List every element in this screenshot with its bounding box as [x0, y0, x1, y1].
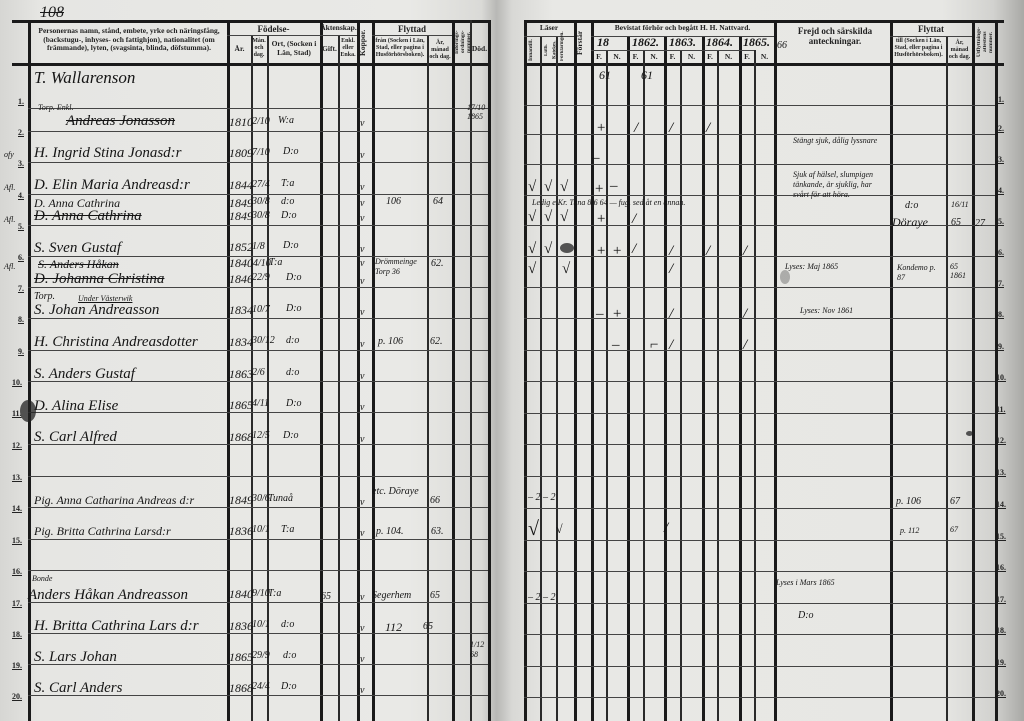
- moved-date: 66: [430, 495, 440, 506]
- death-date: 1/12 68: [470, 640, 488, 660]
- row-rule: [28, 570, 488, 571]
- year-col-header: 18: [597, 35, 609, 50]
- vaccinated-mark: v: [360, 244, 364, 255]
- conduct-note: Lyses i Mars 1865: [776, 578, 835, 587]
- row-rule: [524, 381, 995, 382]
- row-number: 3.: [998, 155, 1004, 164]
- dash-mark: –: [596, 306, 604, 323]
- birth-year: 1844: [229, 178, 253, 193]
- moved-to: Döraye: [892, 215, 928, 230]
- birth-md: 2/10: [252, 116, 270, 127]
- birth-md: 12/5: [252, 430, 270, 441]
- header-attendance: Bevistat förhör och begått H. H. Nattvar…: [591, 24, 774, 33]
- moved-date: 65: [423, 621, 433, 632]
- header-unmarried: Enkl. eller Enka.: [339, 38, 357, 59]
- row-number: 16.: [996, 563, 1006, 572]
- n-label: N.: [644, 53, 664, 62]
- birth-place: D:o: [286, 303, 302, 314]
- f-label: F.: [665, 53, 680, 62]
- header-birth-year: År.: [228, 45, 251, 54]
- tick-mark: /: [669, 243, 673, 260]
- death-date: 17/10 1865: [467, 103, 489, 121]
- birth-md: 24/4: [252, 681, 270, 692]
- vaccinated-mark: v: [360, 118, 364, 129]
- subheader-rule: [372, 35, 452, 36]
- vaccinated-mark: v: [360, 182, 364, 193]
- vaccinated-mark: v: [360, 434, 364, 445]
- birth-place: T:a: [281, 524, 294, 535]
- tick-mark: /: [669, 120, 673, 137]
- col-divider: [739, 36, 742, 721]
- row-number: 12.: [12, 441, 22, 450]
- moved-to: d:o: [905, 200, 918, 211]
- row-number: 5.: [998, 217, 1004, 226]
- moved-to: Kondemo p. 87: [897, 263, 945, 283]
- col-divider: [556, 36, 558, 721]
- header-moved-out-date: År, månad och dag.: [947, 40, 972, 61]
- row-number: 12.: [996, 436, 1006, 445]
- vaccinated-mark: v: [360, 623, 364, 634]
- check-mark: √: [556, 522, 563, 537]
- row-number: 7.: [18, 284, 24, 293]
- conduct-note: Sjuk af hälsel, slumpigen tänkande, är s…: [793, 170, 888, 200]
- birth-md: 2/6: [252, 367, 265, 378]
- row-rule: [524, 603, 995, 604]
- f-label: F.: [592, 53, 606, 62]
- header-birth-md: Mån. och dag.: [251, 38, 267, 59]
- plus-mark: +: [612, 306, 622, 323]
- header-death: Död.: [471, 45, 488, 54]
- moved-from: Segerhem: [372, 590, 411, 601]
- ink-blot: [966, 431, 973, 436]
- plus-mark: +: [612, 243, 622, 260]
- row-number: 6.: [18, 253, 24, 262]
- row-number: 5.: [18, 222, 24, 231]
- occupation-note: Torp. Enkl.: [38, 103, 74, 112]
- row-number: 13.: [12, 473, 22, 482]
- col-divider: [591, 20, 594, 721]
- moved-from: 106: [386, 196, 401, 207]
- check-mark: √: [560, 179, 568, 196]
- row-rule: [524, 508, 995, 509]
- row-number: 6.: [998, 248, 1004, 257]
- n-label: N.: [607, 53, 627, 62]
- person-name: H. Christina Andreasdotter: [34, 334, 198, 351]
- vaccinated-mark: v: [360, 276, 364, 287]
- vaccinated-mark: v: [360, 497, 364, 508]
- vaccinated-mark: v: [360, 150, 364, 161]
- row-rule: [524, 134, 995, 135]
- moved-from: 112: [385, 620, 402, 635]
- vaccinated-mark: v: [360, 339, 364, 350]
- vaccinated-mark: v: [360, 592, 364, 603]
- ink-blot: [560, 243, 574, 253]
- header-moved-date: År, månad och dag.: [428, 40, 452, 61]
- dash-mark: – 2 – 2: [528, 492, 556, 503]
- birth-place: d:o: [281, 619, 294, 630]
- occupation-note: Bonde: [32, 574, 52, 583]
- vaccinated-mark: v: [360, 371, 364, 382]
- household-heading: T. Wallarenson: [34, 68, 135, 88]
- col-divider: [470, 20, 472, 721]
- col-divider: [320, 20, 323, 721]
- header-birth-place: Ort, (Socken i Län, Stad): [268, 40, 320, 57]
- vaccinated-mark: v: [360, 213, 364, 224]
- birth-year: 1849: [229, 209, 253, 224]
- extra-year-mark: 66: [777, 40, 787, 51]
- conduct-note: Lyses: Maj 1865: [785, 262, 838, 271]
- row-rule: [524, 697, 995, 698]
- header-marital: Äktenskap.: [320, 24, 357, 33]
- moved-to: p. 106: [896, 496, 921, 507]
- tick-mark: /: [706, 120, 710, 137]
- subheader-rule: [320, 35, 357, 36]
- plus-mark: +: [596, 243, 606, 260]
- header-persons: Personernas namn, stånd, embete, yrke oc…: [34, 27, 224, 53]
- plus-mark: +: [594, 181, 604, 198]
- moved-date: 64: [433, 196, 443, 207]
- birth-md: 30/8: [252, 196, 270, 207]
- birth-place: Tunaå: [268, 493, 293, 504]
- row-number: 11.: [996, 405, 1006, 414]
- check-mark: √: [544, 179, 552, 196]
- birth-place: D:o: [286, 398, 302, 409]
- row-rule: [524, 666, 995, 667]
- row-rule: [524, 105, 995, 106]
- row-number: 17.: [996, 595, 1006, 604]
- person-name: D. Anna Cathrina: [34, 208, 142, 225]
- moved-date: 63.: [431, 526, 444, 537]
- person-name: S. Lars Johan: [34, 649, 117, 666]
- row-number: 16.: [12, 567, 22, 576]
- header-birth: Födelse-: [227, 24, 320, 34]
- birth-year: 1840: [229, 256, 253, 271]
- col-divider: [488, 20, 491, 721]
- margin-note: Afl.: [4, 183, 15, 192]
- header-moved-to: till (Socken i Län, Stad, eller pagina i…: [891, 38, 946, 59]
- person-name: S. Johan Andreasson: [34, 302, 159, 319]
- person-name: D. Elin Maria Andreasd:r: [34, 177, 190, 194]
- col-divider: [680, 50, 682, 721]
- col-divider: [774, 20, 777, 721]
- check-mark: √: [528, 241, 536, 258]
- year-col-header: 1864.: [706, 35, 733, 50]
- check-mark: √: [544, 241, 552, 258]
- check-mark: √: [560, 209, 568, 226]
- tick-mark: /: [743, 337, 747, 354]
- plus-mark: +: [596, 211, 606, 228]
- moved-date: 62.: [430, 336, 443, 347]
- col-divider: [702, 36, 705, 721]
- moved-from: etc. Döraye: [372, 486, 428, 497]
- n-label: N.: [755, 53, 774, 62]
- conduct-note: D:o: [798, 610, 814, 621]
- moved-date: 65: [430, 590, 440, 601]
- header-vaccinated: Koppor.: [359, 28, 371, 58]
- row-number: 13.: [996, 468, 1006, 477]
- row-rule: [524, 287, 995, 288]
- birth-place: D:o: [283, 146, 299, 157]
- birth-place: D:o: [283, 430, 299, 441]
- dash-mark: –: [612, 337, 620, 354]
- out-ref-number: 27: [975, 218, 985, 229]
- row-number: 8.: [998, 310, 1004, 319]
- header-moved: Flyttad: [372, 24, 452, 34]
- check-mark: √: [528, 518, 539, 541]
- vaccinated-mark: v: [360, 198, 364, 209]
- moved-date: 62.: [431, 258, 444, 269]
- moved-out-date: 65 1861: [950, 262, 970, 280]
- person-name: S. Sven Gustaf: [34, 240, 121, 257]
- row-rule: [28, 194, 488, 195]
- f-label: F.: [628, 53, 643, 62]
- row-number: 9.: [998, 342, 1004, 351]
- col-divider: [890, 20, 893, 721]
- subheader-rule: [890, 36, 972, 37]
- year-col-header: 1865.: [743, 35, 770, 50]
- header-ref-number: Införings-ordnings-nummer.: [454, 22, 468, 62]
- left-margin-line: [28, 20, 31, 721]
- birth-md: 1/8: [252, 241, 265, 252]
- moved-out-date: 67: [950, 525, 958, 534]
- check-mark: √: [528, 261, 536, 278]
- dash-mark: –: [592, 150, 600, 167]
- check-mark: √: [544, 209, 552, 226]
- birth-place: T:a: [281, 178, 294, 189]
- birth-year: 1810: [229, 115, 253, 130]
- birth-year: 1852: [229, 240, 253, 255]
- tick-mark: /: [669, 306, 673, 323]
- row-number: 20.: [12, 692, 22, 701]
- row-number: 1.: [18, 97, 24, 106]
- birth-year: 1836: [229, 524, 253, 539]
- birth-year: 1868: [229, 430, 253, 445]
- check-mark: √: [528, 209, 536, 226]
- tick-mark: /: [706, 243, 710, 260]
- person-name: S. Carl Anders: [34, 680, 122, 697]
- birth-place: D:o: [286, 272, 302, 283]
- check-mark: √: [528, 179, 536, 196]
- moved-out-date: 67: [950, 496, 960, 507]
- attendance-mark: 61: [641, 68, 653, 83]
- moved-from: p. 106: [378, 336, 403, 347]
- person-name: Anders Håkan Andreasson: [28, 587, 188, 604]
- row-number: 7.: [998, 279, 1004, 288]
- birth-place: D:o: [281, 210, 297, 221]
- row-rule: [28, 476, 488, 477]
- tick-mark: ⌐: [649, 337, 659, 354]
- header-conduct: Frejd och särskilda anteckningar.: [790, 26, 880, 46]
- row-rule: [524, 476, 995, 477]
- birth-place: D:o: [283, 240, 299, 251]
- header-innantill: Innantill.: [527, 39, 539, 61]
- row-number: 8.: [18, 315, 24, 324]
- person-name: S. Carl Alfred: [34, 429, 117, 446]
- married-year: 65: [321, 591, 331, 602]
- dash-mark: –: [610, 178, 618, 195]
- tick-mark: /: [743, 306, 747, 323]
- birth-place: T:a: [269, 257, 282, 268]
- tick-mark: /: [632, 241, 636, 258]
- row-number: 18.: [12, 630, 22, 639]
- col-divider: [643, 50, 645, 721]
- header-moved-from: från (Socken i Län, Stad, eller pagina i…: [373, 38, 427, 59]
- vaccinated-mark: v: [360, 402, 364, 413]
- tick-mark: /: [634, 120, 638, 137]
- subheader-rule: [227, 35, 320, 36]
- ink-smudge: [780, 270, 790, 284]
- year-col-header: 1862.: [632, 35, 659, 50]
- moved-out-date: 65: [951, 217, 961, 228]
- person-name: D. Alina Elise: [34, 398, 118, 415]
- birth-md: 30/12: [252, 335, 275, 346]
- vaccinated-mark: v: [360, 654, 364, 665]
- vaccinated-mark: v: [360, 258, 364, 269]
- header-moved-out: Flyttat: [890, 24, 972, 34]
- row-rule: [524, 444, 995, 445]
- row-number: 17.: [12, 599, 22, 608]
- subheader-rule: [591, 50, 754, 51]
- birth-md: 10/1: [252, 619, 270, 630]
- birth-year: 1809: [229, 146, 253, 161]
- header-catechism: Luth. Katekes.: [543, 39, 555, 61]
- birth-md: 10/1: [252, 524, 270, 535]
- col-divider: [372, 20, 375, 721]
- moved-out-date: 16/11: [951, 200, 969, 209]
- row-number: 2.: [18, 128, 24, 137]
- header-forklaringen: Förklaringen.: [559, 39, 571, 61]
- n-label: N.: [718, 53, 739, 62]
- birth-year: 1846: [229, 272, 253, 287]
- attendance-annotation: Ledig e.Kr. Tuna 8/6 64 — fug. sed åt en…: [532, 198, 777, 207]
- birth-md: 4/11: [252, 398, 269, 409]
- tick-mark: /: [669, 337, 673, 354]
- row-number: 4.: [18, 191, 24, 200]
- vaccinated-mark: v: [360, 307, 364, 318]
- dash-mark: – 2 – 2: [528, 592, 556, 603]
- col-divider: [540, 36, 542, 721]
- birth-place: d:o: [283, 650, 296, 661]
- subheader-rule: [524, 36, 574, 37]
- birth-year: 1849: [229, 493, 253, 508]
- person-name: S. Anders Håkan: [38, 257, 119, 272]
- tick-mark: /: [632, 211, 636, 228]
- col-divider: [338, 35, 340, 721]
- birth-place: d:o: [286, 335, 299, 346]
- f-label: F.: [703, 53, 717, 62]
- header-married: Gift.: [321, 45, 338, 54]
- birth-place: d:o: [281, 196, 294, 207]
- row-rule: [524, 540, 995, 541]
- birth-md: 22/9: [252, 272, 270, 283]
- row-number: 1.: [998, 95, 1004, 104]
- margin-note: Afl.: [4, 215, 15, 224]
- left-top-rule: [12, 20, 490, 23]
- vaccinated-mark: v: [360, 528, 364, 539]
- row-number: 20.: [996, 689, 1006, 698]
- tick-mark: /: [664, 520, 668, 537]
- birth-md: 30/8: [252, 210, 270, 221]
- header-reading: Läser: [524, 24, 574, 33]
- col-divider: [452, 20, 455, 721]
- birth-year: 1836: [229, 619, 253, 634]
- col-divider: [972, 20, 975, 721]
- row-rule: [524, 256, 995, 257]
- moved-from: Drömmeinge Torp 36: [375, 257, 427, 277]
- row-rule: [28, 131, 488, 132]
- row-number: 15.: [12, 536, 22, 545]
- row-rule: [28, 539, 488, 540]
- check-mark: √: [562, 261, 570, 278]
- birth-year: 1834: [229, 303, 253, 318]
- row-number: 3.: [18, 159, 24, 168]
- moved-to: p. 112: [900, 526, 919, 535]
- row-number: 18.: [996, 626, 1006, 635]
- plus-mark: +: [596, 120, 606, 137]
- right-top-rule: [524, 20, 1004, 23]
- person-name: H. Ingrid Stina Jonasd:r: [34, 145, 182, 162]
- col-divider: [627, 36, 630, 721]
- attendance-mark: 61: [599, 68, 611, 83]
- row-rule: [524, 318, 995, 319]
- tick-mark: /: [743, 243, 747, 260]
- person-name: S. Anders Gustaf: [34, 366, 135, 383]
- row-number: 10.: [996, 373, 1006, 382]
- row-number: 19.: [996, 658, 1006, 667]
- row-number: 9.: [18, 347, 24, 356]
- f-label: F.: [740, 53, 754, 62]
- tick-mark: /: [669, 261, 673, 278]
- col-divider: [717, 50, 719, 721]
- birth-year: 1865: [229, 398, 253, 413]
- col-divider: [664, 36, 667, 721]
- conduct-note: Lyses: Nov 1861: [800, 306, 853, 315]
- col-divider: [606, 50, 608, 721]
- row-rule: [28, 162, 488, 163]
- row-rule: [524, 350, 995, 351]
- birth-md: 7/10: [252, 147, 270, 158]
- margin-note: Afl.: [4, 262, 15, 271]
- row-rule: [524, 413, 995, 414]
- vaccinated-mark: v: [360, 685, 364, 696]
- person-name: Andreas Jonasson: [66, 113, 175, 130]
- birth-md: 10/7: [252, 304, 270, 315]
- row-rule: [28, 108, 488, 109]
- birth-year: 1840: [229, 587, 253, 602]
- col-divider: [524, 20, 527, 721]
- row-rule: [524, 571, 995, 572]
- birth-md: 27/4: [252, 179, 270, 190]
- birth-year: 1868: [229, 681, 253, 696]
- person-name: Pig. Anna Catharina Andreas d:r: [34, 493, 194, 508]
- right-header-rule: [524, 63, 1004, 66]
- row-number: 10.: [12, 378, 22, 387]
- person-name: D. Johanna Christina: [34, 271, 164, 288]
- row-number: 2.: [998, 124, 1004, 133]
- header-forstar: Förstår: [576, 26, 588, 60]
- row-number: 4.: [998, 186, 1004, 195]
- birth-place: D:o: [281, 681, 297, 692]
- row-rule: [28, 225, 488, 226]
- col-divider: [754, 50, 756, 721]
- birth-year: 1834: [229, 335, 253, 350]
- person-name: Pig. Britta Cathrina Larsd:r: [34, 524, 171, 539]
- col-divider: [574, 20, 577, 721]
- row-number: 14.: [996, 500, 1006, 509]
- moved-from: p. 104.: [376, 526, 404, 537]
- birth-md: 29/9: [252, 650, 270, 661]
- margin-note: ofy: [4, 150, 14, 159]
